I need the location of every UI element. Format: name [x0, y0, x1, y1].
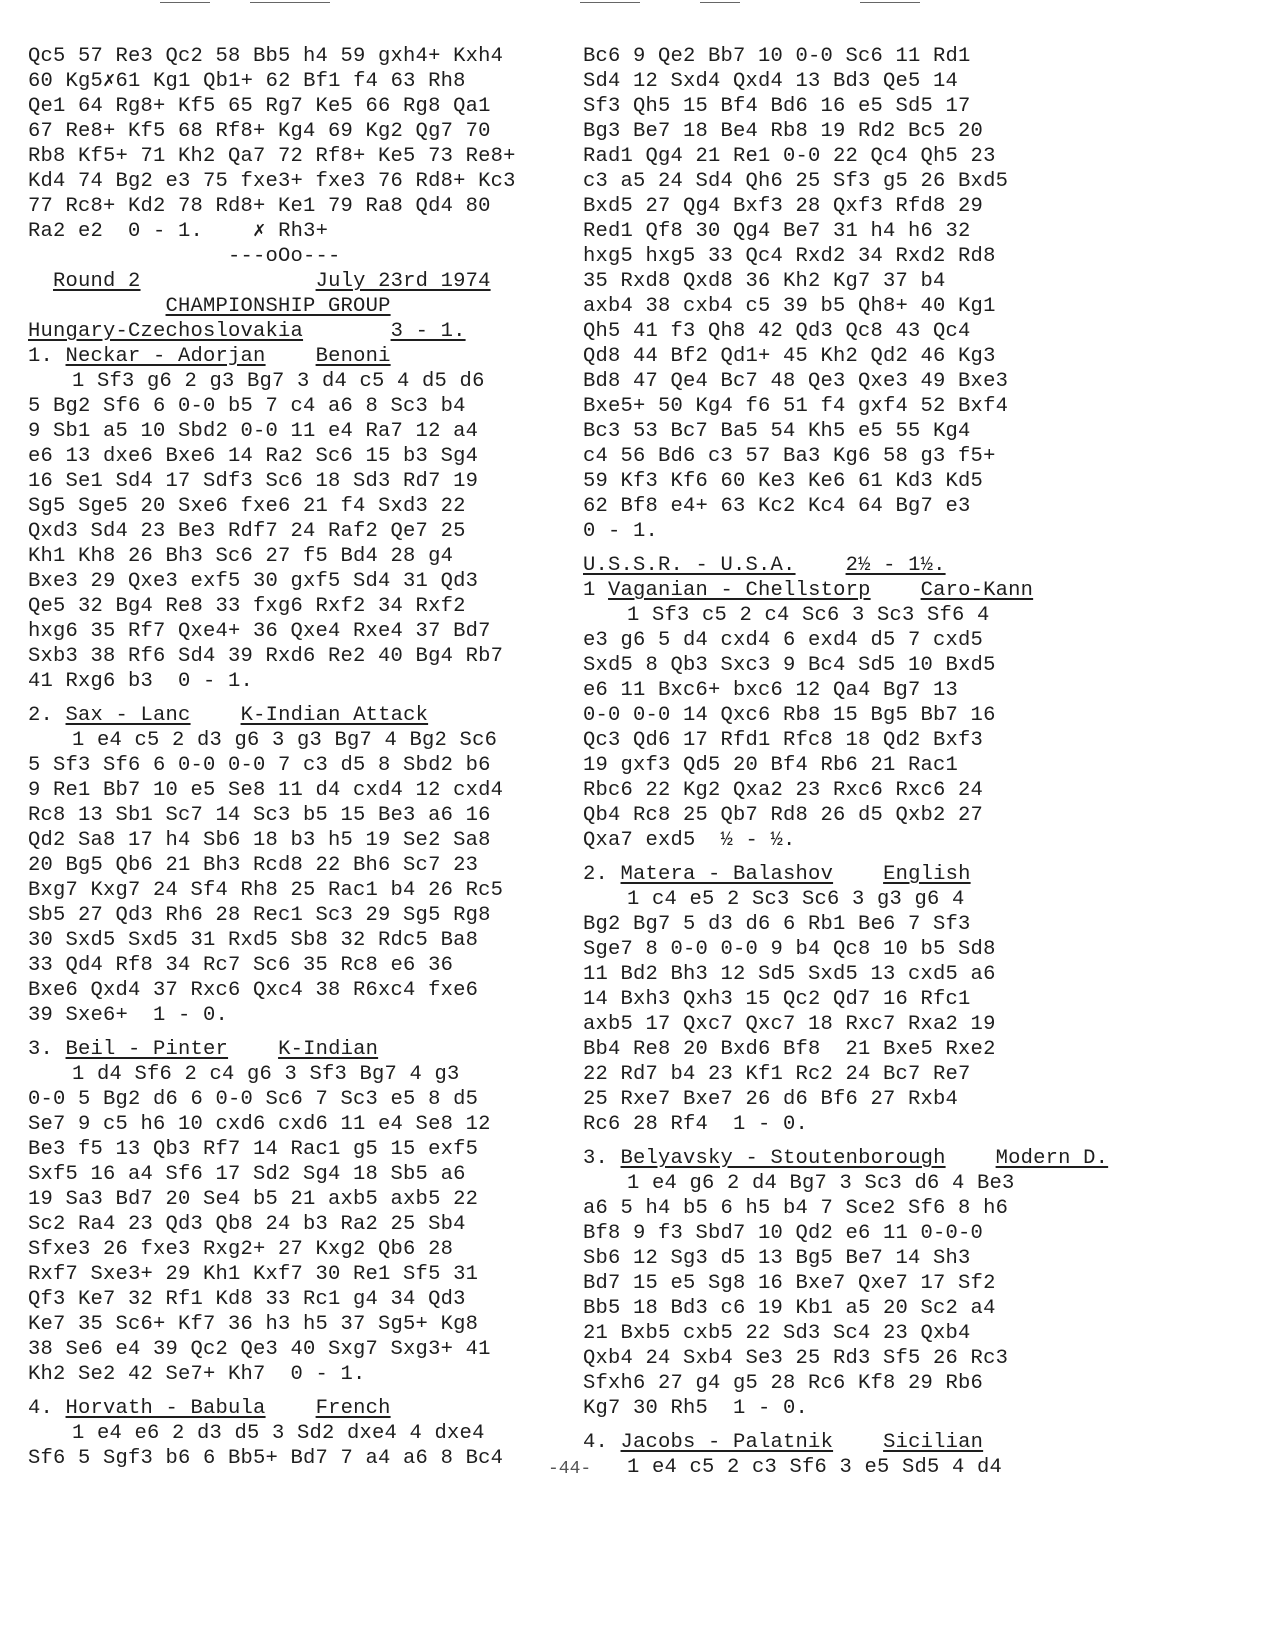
move-line: Qxb4 24 Sxb4 Se3 25 Rd3 Sf5 26 Rc3 [583, 1346, 1103, 1371]
game-players: Vaganian - Chellstorp [608, 579, 871, 602]
move-line: Sd4 12 Sxd4 Qxd4 13 Bd3 Qe5 14 [583, 69, 1103, 94]
move-line: Rb8 Kf5+ 71 Kh2 Qa7 72 Rf8+ Ke5 73 Re8+ [28, 144, 548, 169]
move-line: Bd7 15 e5 Sg8 16 Bxe7 Qxe7 17 Sf2 [583, 1271, 1103, 1296]
move-line: Bc3 53 Bc7 Ba5 54 Kh5 e5 55 Kg4 [583, 419, 1103, 444]
right-column: Bc6 9 Qe2 Bb7 10 0-0 Sc6 11 Rd1Sd4 12 Sx… [583, 44, 1103, 1480]
game-opening: Sicilian [883, 1431, 983, 1454]
move-line: Qc3 Qd6 17 Rfd1 Rfc8 18 Qd2 Bxf3 [583, 728, 1103, 753]
game-players: Matera - Balashov [621, 863, 834, 886]
move-line: Sfxe3 26 fxe3 Rxg2+ 27 Kxg2 Qb6 28 [28, 1237, 548, 1262]
game-opening: English [883, 863, 971, 886]
move-line: 21 Bxb5 cxb5 22 Sd3 Sc4 23 Qxb4 [583, 1321, 1103, 1346]
previous-game-tail: Bc6 9 Qe2 Bb7 10 0-0 Sc6 11 Rd1Sd4 12 Sx… [583, 44, 1103, 544]
move-line: 60 Kg5✗61 Kg1 Qb1+ 62 Bf1 f4 63 Rh8 [28, 69, 548, 94]
section-separator: ---oOo--- [28, 244, 548, 269]
game-opening: K-Indian [278, 1038, 378, 1061]
move-line: 1 d4 Sf6 2 c4 g6 3 Sf3 Bg7 4 g3 [28, 1062, 548, 1087]
game-entry: 3. Beil - Pinter K-Indian1 d4 Sf6 2 c4 g… [28, 1037, 548, 1387]
move-line: Kh1 Kh8 26 Bh3 Sc6 27 f5 Bd4 28 g4 [28, 544, 548, 569]
round-header: Round 2 July 23rd 1974 [28, 269, 548, 294]
move-line: e3 g6 5 d4 cxd4 6 exd4 d5 7 cxd5 [583, 628, 1103, 653]
move-line: 0-0 0-0 14 Qxc6 Rb8 15 Bg5 Bb7 16 [583, 703, 1103, 728]
game-header: 4. Horvath - Babula French [28, 1396, 548, 1421]
move-line: Bxe3 29 Qxe3 exf5 30 gxf5 Sd4 31 Qd3 [28, 569, 548, 594]
move-line: axb5 17 Qxc7 Qxc7 18 Rxc7 Rxa2 19 [583, 1012, 1103, 1037]
move-line: Sxf5 16 a4 Sf6 17 Sd2 Sg4 18 Sb5 a6 [28, 1162, 548, 1187]
left-column: Qc5 57 Re3 Qc2 58 Bb5 h4 59 gxh4+ Kxh460… [28, 44, 548, 1471]
move-line: Qh5 41 f3 Qh8 42 Qd3 Qc8 43 Qc4 [583, 319, 1103, 344]
move-line: 1 e4 c5 2 d3 g6 3 g3 Bg7 4 Bg2 Sc6 [28, 728, 548, 753]
move-line: 16 Se1 Sd4 17 Sdf3 Sc6 18 Sd3 Rd7 19 [28, 469, 548, 494]
move-line: Bxe5+ 50 Kg4 f6 51 f4 gxf4 52 Bxf4 [583, 394, 1103, 419]
game-players: Neckar - Adorjan [66, 345, 266, 368]
move-line: Kg7 30 Rh5 1 - 0. [583, 1396, 1103, 1421]
move-line: 22 Rd7 b4 23 Kf1 Rc2 24 Bc7 Re7 [583, 1062, 1103, 1087]
move-line: e6 13 dxe6 Bxe6 14 Ra2 Sc6 15 b3 Sg4 [28, 444, 548, 469]
move-line: 59 Kf3 Kf6 60 Ke3 Ke6 61 Kd3 Kd5 [583, 469, 1103, 494]
move-line: 14 Bxh3 Qxh3 15 Qc2 Qd7 16 Rfc1 [583, 987, 1103, 1012]
move-line: 35 Rxd8 Qxd8 36 Kh2 Kg7 37 b4 [583, 269, 1103, 294]
game-header: 1 Vaganian - Chellstorp Caro-Kann [583, 578, 1103, 603]
top-scan-edge [0, 0, 1275, 8]
move-line: e6 11 Bxc6+ bxc6 12 Qa4 Bg7 13 [583, 678, 1103, 703]
move-line: Sfxh6 27 g4 g5 28 Rc6 Kf8 29 Rb6 [583, 1371, 1103, 1396]
move-line: Sxb3 38 Rf6 Sd4 39 Rxd6 Re2 40 Bg4 Rb7 [28, 644, 548, 669]
move-line: 25 Rxe7 Bxe7 26 d6 Bf6 27 Rxb4 [583, 1087, 1103, 1112]
game-header: 2. Sax - Lanc K-Indian Attack [28, 703, 548, 728]
match-header: Hungary-Czechoslovakia 3 - 1. [28, 319, 548, 344]
move-line: Bxd5 27 Qg4 Bxf3 28 Qxf3 Rfd8 29 [583, 194, 1103, 219]
match-score: 3 - 1. [391, 320, 466, 343]
move-line: 1 e4 g6 2 d4 Bg7 3 Sc3 d6 4 Be3 [583, 1171, 1103, 1196]
game-entry: 1. Neckar - Adorjan Benoni1 Sf3 g6 2 g3 … [28, 344, 548, 694]
move-line: Bb5 18 Bd3 c6 19 Kb1 a5 20 Sc2 a4 [583, 1296, 1103, 1321]
game-number: 3. [583, 1147, 608, 1170]
game-entry: 3. Belyavsky - Stoutenborough Modern D.1… [583, 1146, 1103, 1421]
move-line: Bd8 47 Qe4 Bc7 48 Qe3 Qxe3 49 Bxe3 [583, 369, 1103, 394]
match-teams: Hungary-Czechoslovakia [28, 320, 303, 343]
move-line: Rad1 Qg4 21 Re1 0-0 22 Qc4 Qh5 23 [583, 144, 1103, 169]
move-line: Bxg7 Kxg7 24 Sf4 Rh8 25 Rac1 b4 26 Rc5 [28, 878, 548, 903]
move-line: Sb6 12 Sg3 d5 13 Bg5 Be7 14 Sh3 [583, 1246, 1103, 1271]
game-header: 1. Neckar - Adorjan Benoni [28, 344, 548, 369]
game-entry: 2. Matera - Balashov English1 c4 e5 2 Sc… [583, 862, 1103, 1137]
match-header: U.S.S.R. - U.S.A. 2½ - 1½. [583, 553, 1103, 578]
game-number: 3. [28, 1038, 53, 1061]
move-line: 19 Sa3 Bd7 20 Se4 b5 21 axb5 axb5 22 [28, 1187, 548, 1212]
game-header: 3. Belyavsky - Stoutenborough Modern D. [583, 1146, 1103, 1171]
game-number: 1 [583, 579, 596, 602]
game-opening: French [316, 1397, 391, 1420]
game-entry: 4. Jacobs - Palatnik Sicilian1 e4 c5 2 c… [583, 1430, 1103, 1480]
move-line: c4 56 Bd6 c3 57 Ba3 Kg6 58 g3 f5+ [583, 444, 1103, 469]
game-players: Belyavsky - Stoutenborough [621, 1147, 946, 1170]
move-line: 38 Se6 e4 39 Qc2 Qe3 40 Sxg7 Sxg3+ 41 [28, 1337, 548, 1362]
game-number: 4. [28, 1397, 53, 1420]
move-line: 5 Sf3 Sf6 6 0-0 0-0 7 c3 d5 8 Sbd2 b6 [28, 753, 548, 778]
move-line: Ra2 e2 0 - 1. ✗ Rh3+ [28, 219, 548, 244]
round-date: July 23rd 1974 [316, 270, 491, 293]
game-number: 1. [28, 345, 53, 368]
move-line: Qe5 32 Bg4 Re8 33 fxg6 Rxf2 34 Rxf2 [28, 594, 548, 619]
move-line: 19 gxf3 Qd5 20 Bf4 Rb6 21 Rac1 [583, 753, 1103, 778]
game-entry: 2. Sax - Lanc K-Indian Attack1 e4 c5 2 d… [28, 703, 548, 1028]
move-line: Sf3 Qh5 15 Bf4 Bd6 16 e5 Sd5 17 [583, 94, 1103, 119]
move-line: Qxd3 Sd4 23 Be3 Rdf7 24 Raf2 Qe7 25 [28, 519, 548, 544]
game-header: 3. Beil - Pinter K-Indian [28, 1037, 548, 1062]
match-score: 2½ - 1½. [846, 554, 946, 577]
move-line: hxg6 35 Rf7 Qxe4+ 36 Qxe4 Rxe4 37 Bd7 [28, 619, 548, 644]
game-number: 2. [28, 704, 53, 727]
game-players: Sax - Lanc [66, 704, 191, 727]
round-label: Round 2 [53, 270, 141, 293]
game-opening: K-Indian Attack [241, 704, 429, 727]
game-entry: 1 Vaganian - Chellstorp Caro-Kann1 Sf3 c… [583, 578, 1103, 853]
move-line: Be3 f5 13 Qb3 Rf7 14 Rac1 g5 15 exf5 [28, 1137, 548, 1162]
move-line: 33 Qd4 Rf8 34 Rc7 Sc6 35 Rc8 e6 36 [28, 953, 548, 978]
move-line: 20 Bg5 Qb6 21 Bh3 Rcd8 22 Bh6 Sc7 23 [28, 853, 548, 878]
move-line: Kh2 Se2 42 Se7+ Kh7 0 - 1. [28, 1362, 548, 1387]
game-players: Horvath - Babula [66, 1397, 266, 1420]
move-line: Bf8 9 f3 Sbd7 10 Qd2 e6 11 0-0-0 [583, 1221, 1103, 1246]
move-line: 1 c4 e5 2 Sc3 Sc6 3 g3 g6 4 [583, 887, 1103, 912]
move-line: 0 - 1. [583, 519, 1103, 544]
move-line: Qd8 44 Bf2 Qd1+ 45 Kh2 Qd2 46 Kg3 [583, 344, 1103, 369]
move-line: hxg5 hxg5 33 Qc4 Rxd2 34 Rxd2 Rd8 [583, 244, 1103, 269]
move-line: Rc6 28 Rf4 1 - 0. [583, 1112, 1103, 1137]
move-line: Rbc6 22 Kg2 Qxa2 23 Rxc6 Rxc6 24 [583, 778, 1103, 803]
game-players: Beil - Pinter [66, 1038, 229, 1061]
move-line: 5 Bg2 Sf6 6 0-0 b5 7 c4 a6 8 Sc3 b4 [28, 394, 548, 419]
move-line: Sb5 27 Qd3 Rh6 28 Rec1 Sc3 29 Sg5 Rg8 [28, 903, 548, 928]
move-line: 39 Sxe6+ 1 - 0. [28, 1003, 548, 1028]
move-line: 1 Sf3 c5 2 c4 Sc6 3 Sc3 Sf6 4 [583, 603, 1103, 628]
move-line: 41 Rxg6 b3 0 - 1. [28, 669, 548, 694]
previous-game-tail: Qc5 57 Re3 Qc2 58 Bb5 h4 59 gxh4+ Kxh460… [28, 44, 548, 244]
move-line: 9 Re1 Bb7 10 e5 Se8 11 d4 cxd4 12 cxd4 [28, 778, 548, 803]
move-line: 1 Sf3 g6 2 g3 Bg7 3 d4 c5 4 d5 d6 [28, 369, 548, 394]
move-line: a6 5 h4 b5 6 h5 b4 7 Sce2 Sf6 8 h6 [583, 1196, 1103, 1221]
move-line: Bg3 Be7 18 Be4 Rb8 19 Rd2 Bc5 20 [583, 119, 1103, 144]
move-line: Kd4 74 Bg2 e3 75 fxe3+ fxe3 76 Rd8+ Kc3 [28, 169, 548, 194]
move-line: Bg2 Bg7 5 d3 d6 6 Rb1 Be6 7 Sf3 [583, 912, 1103, 937]
group-title: CHAMPIONSHIP GROUP [166, 295, 391, 318]
move-line: Qxa7 exd5 ½ - ½. [583, 828, 1103, 853]
move-line: Se7 9 c5 h6 10 cxd6 cxd6 11 e4 Se8 12 [28, 1112, 548, 1137]
move-line: Qd2 Sa8 17 h4 Sb6 18 b3 h5 19 Se2 Sa8 [28, 828, 548, 853]
move-line: Sxd5 8 Qb3 Sxc3 9 Bc4 Sd5 10 Bxd5 [583, 653, 1103, 678]
move-line: Rc8 13 Sb1 Sc7 14 Sc3 b5 15 Be3 a6 16 [28, 803, 548, 828]
group-header: CHAMPIONSHIP GROUP [28, 294, 548, 319]
game-players: Jacobs - Palatnik [621, 1431, 834, 1454]
move-line: Rxf7 Sxe3+ 29 Kh1 Kxf7 30 Re1 Sf5 31 [28, 1262, 548, 1287]
move-line: Sc2 Ra4 23 Qd3 Qb8 24 b3 Ra2 25 Sb4 [28, 1212, 548, 1237]
game-opening: Benoni [316, 345, 391, 368]
games-list: 1 Vaganian - Chellstorp Caro-Kann1 Sf3 c… [583, 578, 1103, 1480]
move-line: Qf3 Ke7 32 Rf1 Kd8 33 Rc1 g4 34 Qd3 [28, 1287, 548, 1312]
move-line: Qc5 57 Re3 Qc2 58 Bb5 h4 59 gxh4+ Kxh4 [28, 44, 548, 69]
move-line: c3 a5 24 Sd4 Qh6 25 Sf3 g5 26 Bxd5 [583, 169, 1103, 194]
page-number: -44- [548, 1459, 591, 1479]
game-header: 4. Jacobs - Palatnik Sicilian [583, 1430, 1103, 1455]
game-entry: 4. Horvath - Babula French1 e4 e6 2 d3 d… [28, 1396, 548, 1471]
move-line: Sge7 8 0-0 0-0 9 b4 Qc8 10 b5 Sd8 [583, 937, 1103, 962]
move-line: 30 Sxd5 Sxd5 31 Rxd5 Sb8 32 Rdc5 Ba8 [28, 928, 548, 953]
move-line: 67 Re8+ Kf5 68 Rf8+ Kg4 69 Kg2 Qg7 70 [28, 119, 548, 144]
move-line: Bb4 Re8 20 Bxd6 Bf8 21 Bxe5 Rxe2 [583, 1037, 1103, 1062]
move-line: Ke7 35 Sc6+ Kf7 36 h3 h5 37 Sg5+ Kg8 [28, 1312, 548, 1337]
move-line: axb4 38 cxb4 c5 39 b5 Qh8+ 40 Kg1 [583, 294, 1103, 319]
move-line: Red1 Qf8 30 Qg4 Be7 31 h4 h6 32 [583, 219, 1103, 244]
move-line: Qe1 64 Rg8+ Kf5 65 Rg7 Ke5 66 Rg8 Qa1 [28, 94, 548, 119]
move-line: Sf6 5 Sgf3 b6 6 Bb5+ Bd7 7 a4 a6 8 Bc4 [28, 1446, 548, 1471]
game-number: 4. [583, 1431, 608, 1454]
move-line: 1 e4 e6 2 d3 d5 3 Sd2 dxe4 4 dxe4 [28, 1421, 548, 1446]
move-line: 0-0 5 Bg2 d6 6 0-0 Sc6 7 Sc3 e5 8 d5 [28, 1087, 548, 1112]
game-header: 2. Matera - Balashov English [583, 862, 1103, 887]
games-list: 1. Neckar - Adorjan Benoni1 Sf3 g6 2 g3 … [28, 344, 548, 1471]
move-line: Bxe6 Qxd4 37 Rxc6 Qxc4 38 R6xc4 fxe6 [28, 978, 548, 1003]
move-line: 9 Sb1 a5 10 Sbd2 0-0 11 e4 Ra7 12 a4 [28, 419, 548, 444]
move-line: Bc6 9 Qe2 Bb7 10 0-0 Sc6 11 Rd1 [583, 44, 1103, 69]
game-number: 2. [583, 863, 608, 886]
move-line: Qb4 Rc8 25 Qb7 Rd8 26 d5 Qxb2 27 [583, 803, 1103, 828]
game-opening: Caro-Kann [921, 579, 1034, 602]
game-opening: Modern D. [996, 1147, 1109, 1170]
move-line: 77 Rc8+ Kd2 78 Rd8+ Ke1 79 Ra8 Qd4 80 [28, 194, 548, 219]
move-line: 11 Bd2 Bh3 12 Sd5 Sxd5 13 cxd5 a6 [583, 962, 1103, 987]
move-line: 1 e4 c5 2 c3 Sf6 3 e5 Sd5 4 d4 [583, 1455, 1103, 1480]
move-line: 62 Bf8 e4+ 63 Kc2 Kc4 64 Bg7 e3 [583, 494, 1103, 519]
move-line: Sg5 Sge5 20 Sxe6 fxe6 21 f4 Sxd3 22 [28, 494, 548, 519]
match-teams: U.S.S.R. - U.S.A. [583, 554, 796, 577]
